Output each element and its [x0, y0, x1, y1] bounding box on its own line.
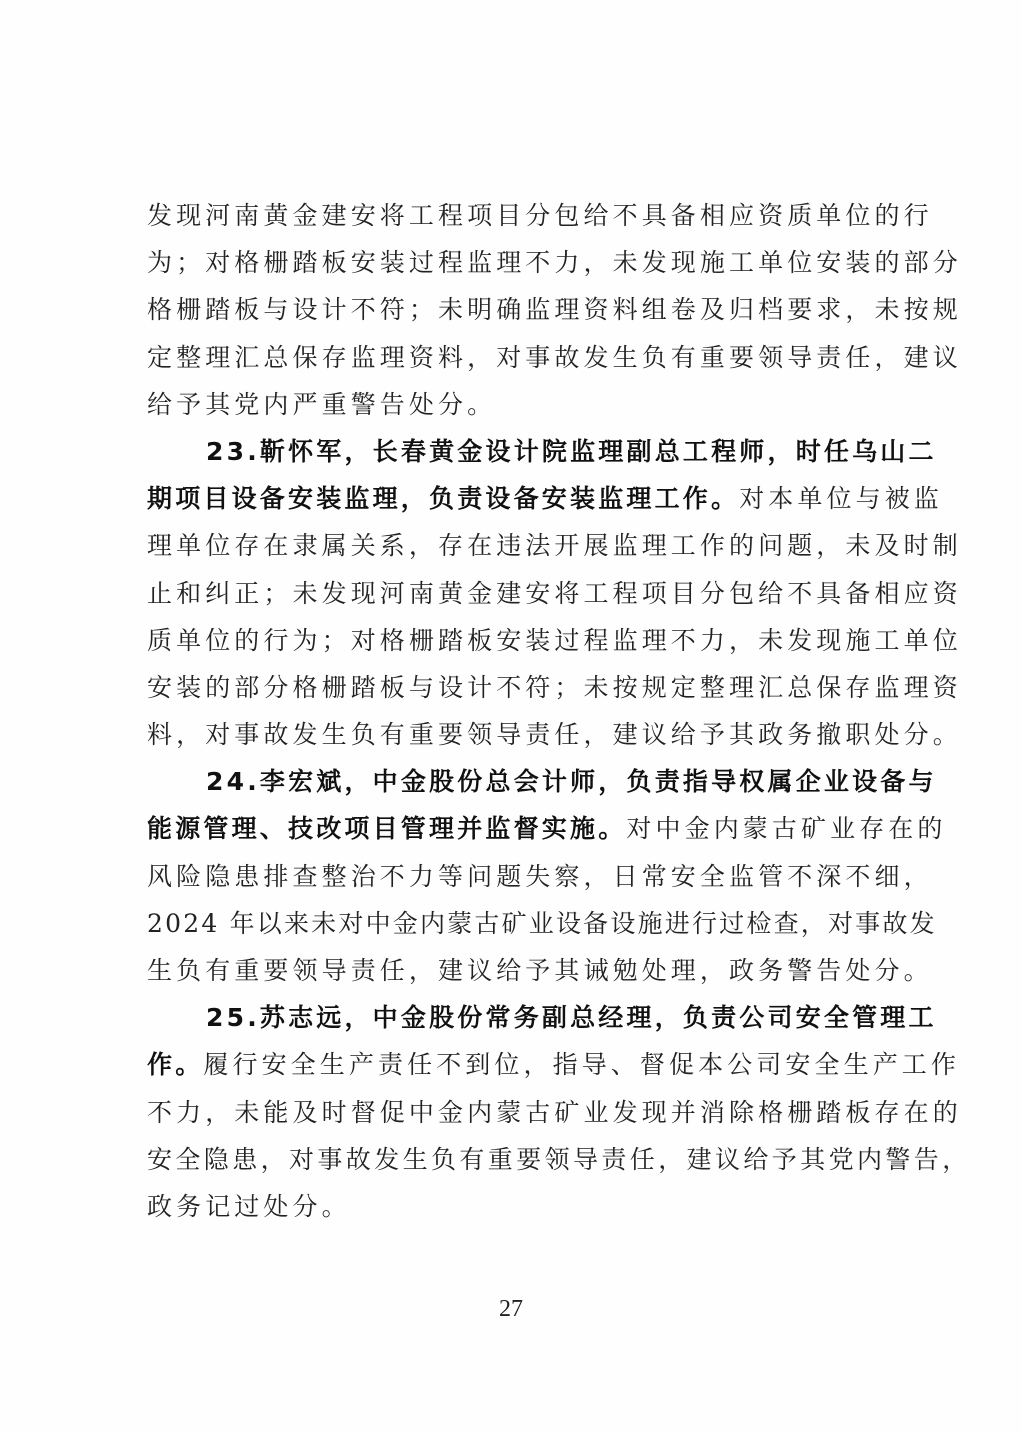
text-line: 能源管理、技改项目管理并监督实施。对中金内蒙古矿业存在的 — [147, 805, 889, 852]
text-span: 履行安全生产责任不到位，指导、督促本公司安全生产工作 — [203, 1050, 960, 1079]
page-number: 27 — [0, 1296, 1022, 1323]
text-span: 料，对事故发生负有重要领导责任，建议给予其政务撤职处分。 — [147, 720, 962, 749]
text-line: 理单位存在隶属关系，存在违法开展监理工作的问题，未及时制 — [147, 522, 889, 569]
text-line: 生负有重要领导责任，建议给予其诫勉处理，政务警告处分。 — [147, 947, 889, 994]
text-line: 质单位的行为；对格栅踏板安装过程监理不力，未发现施工单位 — [147, 617, 889, 664]
text-span: 质单位的行为；对格栅踏板安装过程监理不力，未发现施工单位 — [147, 626, 962, 655]
text-span: 安装的部分格栅踏板与设计不符；未按规定整理汇总保存监理资 — [147, 673, 962, 702]
item-heading: 25.苏志远，中金股份常务副总经理，负责公司安全管理工 — [206, 1003, 937, 1032]
text-span: 定整理汇总保存监理资料，对事故发生负有重要领导责任，建议 — [147, 343, 962, 372]
item-heading: 作。 — [147, 1050, 203, 1079]
text-line: 25.苏志远，中金股份常务副总经理，负责公司安全管理工 — [147, 994, 889, 1041]
text-line: 止和纠正；未发现河南黄金建安将工程项目分包给不具备相应资 — [147, 570, 889, 617]
text-line: 风险隐患排查整治不力等问题失察，日常安全监管不深不细， — [147, 853, 889, 900]
text-line: 不力，未能及时督促中金内蒙古矿业发现并消除格栅踏板存在的 — [147, 1089, 889, 1136]
paragraph-item-23: 23.靳怀军，长春黄金设计院监理副总工程师，时任乌山二 期项目设备安装监理，负责… — [147, 428, 889, 758]
text-line: 24.李宏斌，中金股份总会计师，负责指导权属企业设备与 — [147, 758, 889, 805]
text-span: 政务记过处分。 — [147, 1192, 351, 1221]
document-page: 发现河南黄金建安将工程项目分包给不具备相应资质单位的行 为；对格栅踏板安装过程监… — [0, 0, 1022, 1432]
paragraph-continuation: 发现河南黄金建安将工程项目分包给不具备相应资质单位的行 为；对格栅踏板安装过程监… — [147, 192, 889, 428]
text-span: 为；对格栅踏板安装过程监理不力，未发现施工单位安装的部分 — [147, 248, 962, 277]
text-line: 定整理汇总保存监理资料，对事故发生负有重要领导责任，建议 — [147, 334, 889, 381]
text-span: 风险隐患排查整治不力等问题失察，日常安全监管不深不细， — [147, 862, 933, 891]
text-span: 理单位存在隶属关系，存在违法开展监理工作的问题，未及时制 — [147, 531, 962, 560]
text-line: 发现河南黄金建安将工程项目分包给不具备相应资质单位的行 — [147, 192, 889, 239]
text-span: 发现河南黄金建安将工程项目分包给不具备相应资质单位的行 — [147, 201, 933, 230]
text-span: 对本单位与被监 — [739, 484, 943, 513]
document-body: 发现河南黄金建安将工程项目分包给不具备相应资质单位的行 为；对格栅踏板安装过程监… — [147, 192, 889, 1230]
paragraph-item-24: 24.李宏斌，中金股份总会计师，负责指导权属企业设备与 能源管理、技改项目管理并… — [147, 758, 889, 994]
text-span: 生负有重要领导责任，建议给予其诫勉处理，政务警告处分。 — [147, 956, 933, 985]
item-heading: 期项目设备安装监理，负责设备安装监理工作。 — [147, 484, 739, 513]
text-span: 对中金内蒙古矿业存在的 — [626, 814, 946, 843]
text-span: 给予其党内严重警告处分。 — [147, 390, 496, 419]
text-line: 2024 年以来未对中金内蒙古矿业设备设施进行过检查，对事故发 — [147, 900, 889, 947]
text-span: 止和纠正；未发现河南黄金建安将工程项目分包给不具备相应资 — [147, 579, 962, 608]
text-span: 安全隐患，对事故发生负有重要领导责任，建议给予其党内警告， — [147, 1145, 971, 1174]
text-line: 格栅踏板与设计不符；未明确监理资料组卷及归档要求，未按规 — [147, 286, 889, 333]
text-line: 为；对格栅踏板安装过程监理不力，未发现施工单位安装的部分 — [147, 239, 889, 286]
text-line: 期项目设备安装监理，负责设备安装监理工作。对本单位与被监 — [147, 475, 889, 522]
item-heading: 23.靳怀军，长春黄金设计院监理副总工程师，时任乌山二 — [206, 437, 937, 466]
text-line: 安装的部分格栅踏板与设计不符；未按规定整理汇总保存监理资 — [147, 664, 889, 711]
paragraph-item-25: 25.苏志远，中金股份常务副总经理，负责公司安全管理工 作。履行安全生产责任不到… — [147, 994, 889, 1230]
text-line: 料，对事故发生负有重要领导责任，建议给予其政务撤职处分。 — [147, 711, 889, 758]
item-heading: 24.李宏斌，中金股份总会计师，负责指导权属企业设备与 — [206, 767, 937, 796]
text-line: 作。履行安全生产责任不到位，指导、督促本公司安全生产工作 — [147, 1041, 889, 1088]
text-line: 23.靳怀军，长春黄金设计院监理副总工程师，时任乌山二 — [147, 428, 889, 475]
text-line: 政务记过处分。 — [147, 1183, 889, 1230]
text-span: 格栅踏板与设计不符；未明确监理资料组卷及归档要求，未按规 — [147, 295, 962, 324]
text-span: 2024 年以来未对中金内蒙古矿业设备设施进行过检查，对事故发 — [147, 909, 937, 938]
item-heading: 能源管理、技改项目管理并监督实施。 — [147, 814, 626, 843]
text-line: 安全隐患，对事故发生负有重要领导责任，建议给予其党内警告， — [147, 1136, 889, 1183]
text-line: 给予其党内严重警告处分。 — [147, 381, 889, 428]
text-span: 不力，未能及时督促中金内蒙古矿业发现并消除格栅踏板存在的 — [147, 1098, 962, 1127]
